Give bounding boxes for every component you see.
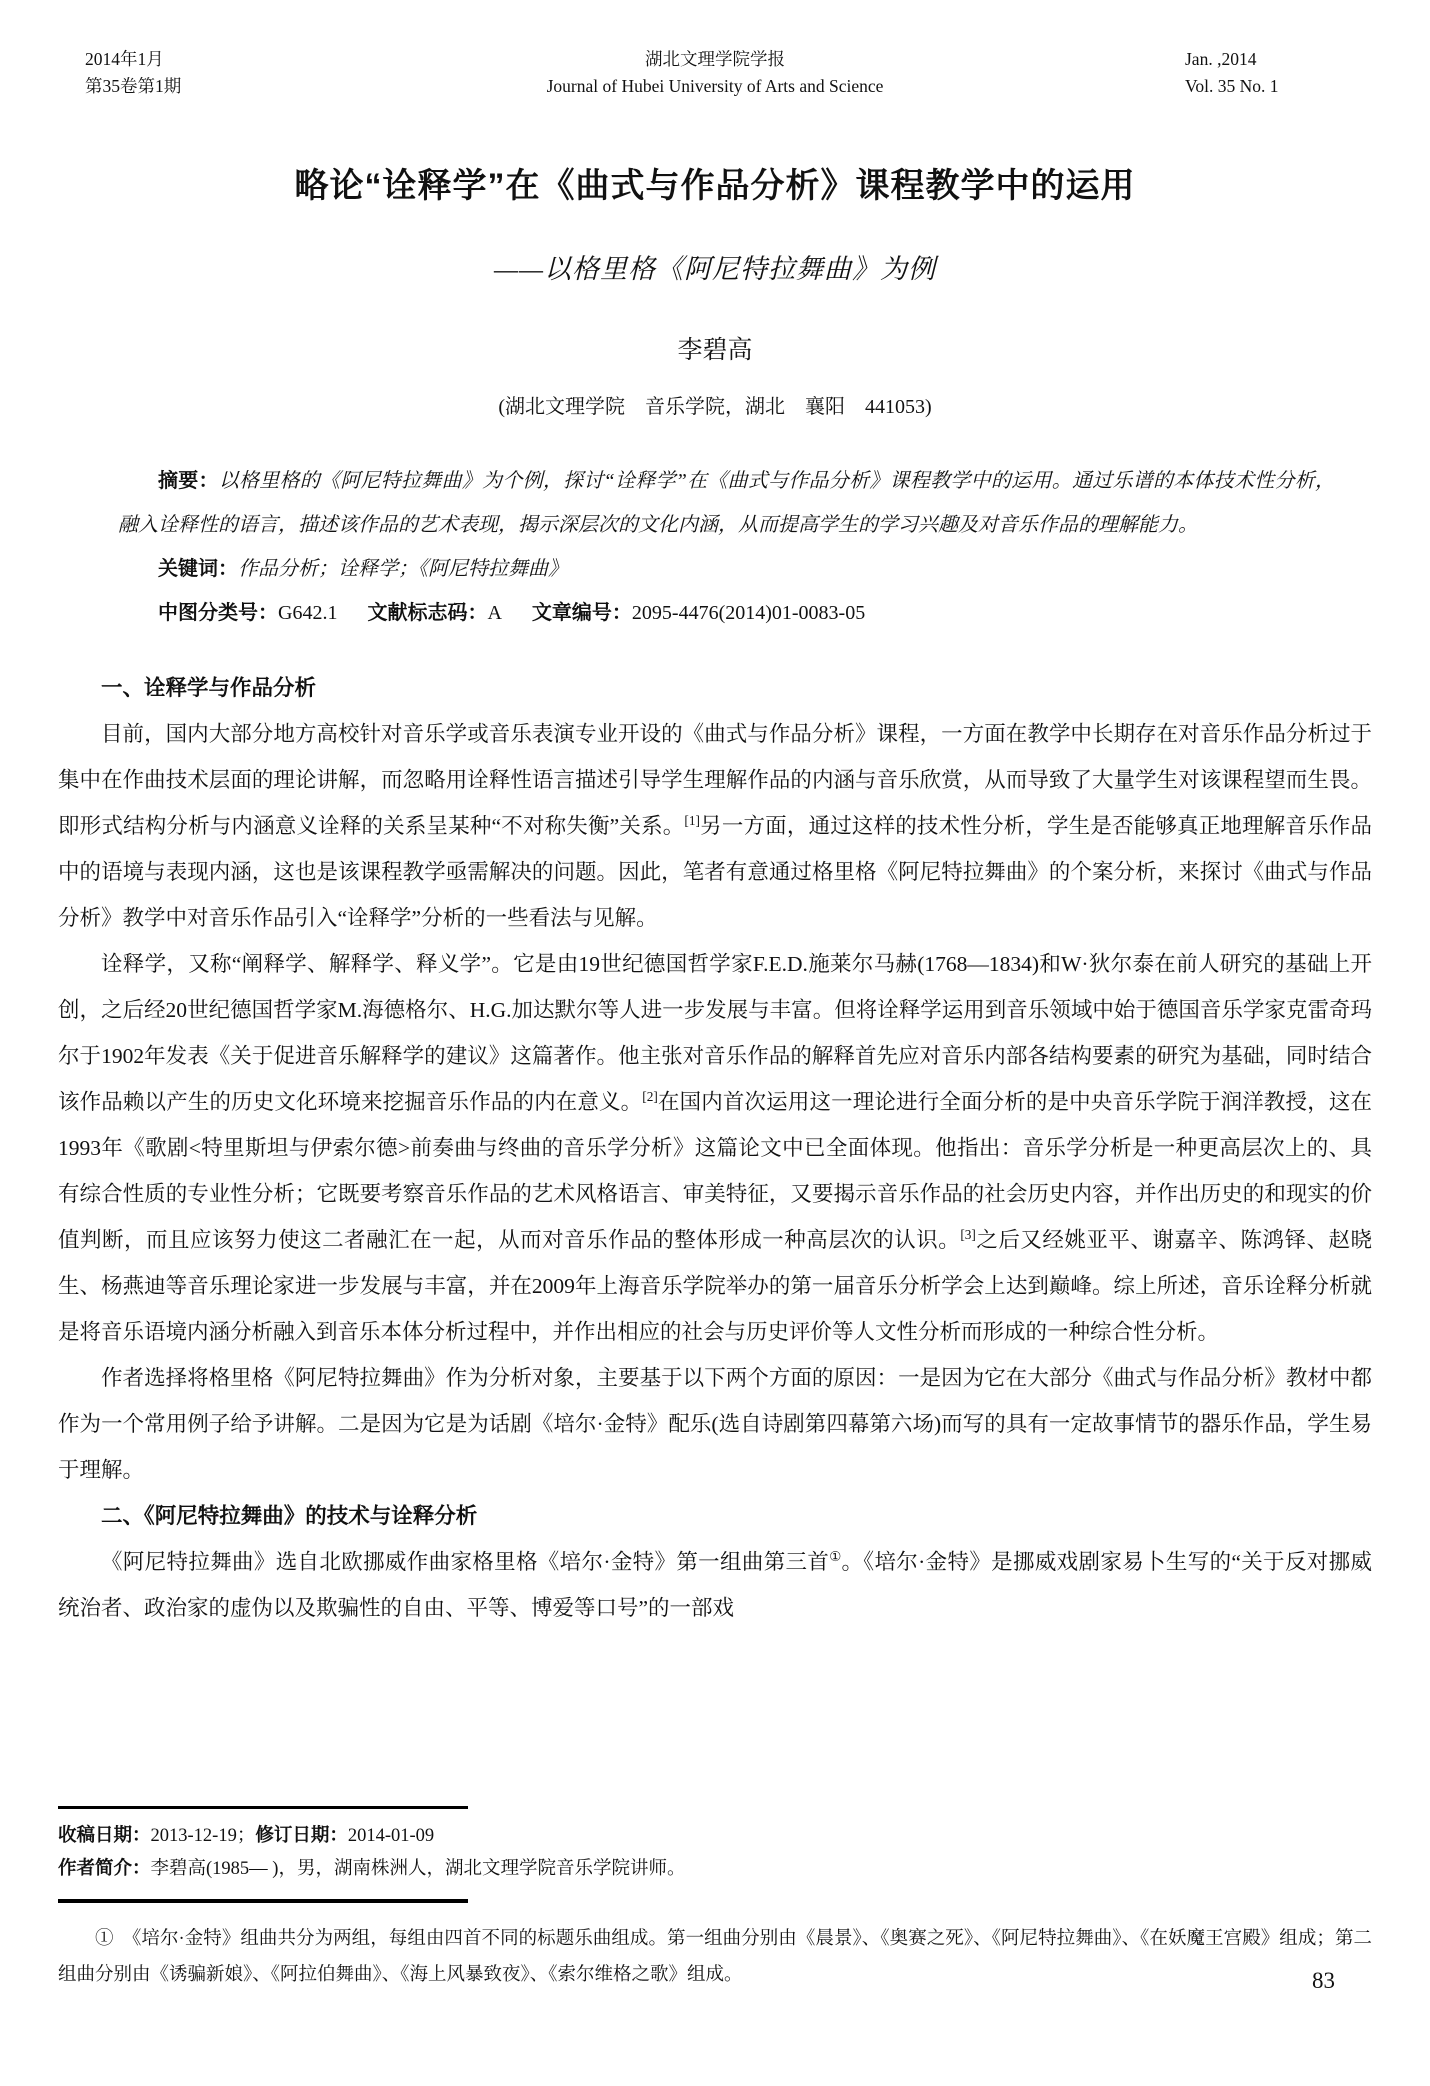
clc-label: 中图分类号： <box>158 602 278 624</box>
journal-header: 2014年1月 第35卷第1期 湖北文理学院学报 Journal of Hube… <box>0 0 1430 100</box>
received-label: 收稿日期： <box>58 1824 151 1845</box>
body-paragraph: 《阿尼特拉舞曲》选自北欧挪威作曲家格里格《培尔·金特》第一组曲第三首①。《培尔·… <box>58 1539 1372 1631</box>
body-paragraph: 诠释学，又称“阐释学、解释学、释义学”。它是由19世纪德国哲学家F.E.D.施莱… <box>58 941 1372 1355</box>
citation-superscript: [1] <box>684 813 700 828</box>
journal-page: 2014年1月 第35卷第1期 湖北文理学院学报 Journal of Hube… <box>0 0 1430 2086</box>
article-id-value: 2095-4476(2014)01-0083-05 <box>632 602 865 624</box>
citation-superscript: [3] <box>960 1227 976 1242</box>
keywords-line: 关键词：作品分析；诠释学；《阿尼特拉舞曲》 <box>118 547 1335 591</box>
article-title: 略论“诠释学”在《曲式与作品分析》课程教学中的运用 <box>0 158 1430 207</box>
header-issue-info: 2014年1月 第35卷第1期 <box>85 46 335 100</box>
journal-name-cn: 湖北文理学院学报 <box>335 46 1095 73</box>
header-volume-en: Vol. 35 No. 1 <box>1185 73 1345 100</box>
footnote: ① 《培尔·金特》组曲共分为两组，每组由四首不同的标题乐曲组成。第一组曲分别由《… <box>58 1921 1372 1993</box>
footnote-marker: ① <box>95 1929 114 1949</box>
header-date-en: Jan. ,2014 <box>1185 46 1345 73</box>
abstract-label: 摘要： <box>158 470 219 492</box>
section-heading: 一、诠释学与作品分析 <box>58 665 1372 711</box>
author-bio-line: 作者简介：李碧高(1985— )，男，湖南株洲人，湖北文理学院音乐学院讲师。 <box>58 1852 1372 1885</box>
page-number: 83 <box>1312 1968 1335 1994</box>
clc-value: G642.1 <box>278 602 337 624</box>
author-name: 李碧高 <box>0 330 1430 366</box>
doc-code-value: A <box>487 602 501 624</box>
revised-label: 修订日期： <box>255 1824 348 1845</box>
header-issue-info-en: Jan. ,2014 Vol. 35 No. 1 <box>1095 46 1345 100</box>
doc-code-label: 文献标志码： <box>367 602 487 624</box>
revised-value: 2014-01-09 <box>348 1826 434 1846</box>
footer-rule-top <box>58 1806 468 1809</box>
keywords-text: 作品分析；诠释学；《阿尼特拉舞曲》 <box>238 558 568 580</box>
citation-superscript: [2] <box>642 1089 658 1104</box>
article-subtitle: ——以格里格《阿尼特拉舞曲》为例 <box>0 247 1430 286</box>
section-heading: 二、《阿尼特拉舞曲》的技术与诠释分析 <box>58 1493 1372 1539</box>
article-body: 一、诠释学与作品分析目前，国内大部分地方高校针对音乐学或音乐表演专业开设的《曲式… <box>58 665 1372 1631</box>
body-paragraph: 目前，国内大部分地方高校针对音乐学或音乐表演专业开设的《曲式与作品分析》课程，一… <box>58 711 1372 941</box>
author-affiliation: (湖北文理学院 音乐学院，湖北 襄阳 441053) <box>0 390 1430 419</box>
body-paragraph: 作者选择将格里格《阿尼特拉舞曲》作为分析对象，主要基于以下两个方面的原因：一是因… <box>58 1355 1372 1493</box>
header-volume-cn: 第35卷第1期 <box>85 73 335 100</box>
keywords-label: 关键词： <box>158 558 238 580</box>
received-value: 2013-12-19； <box>151 1826 256 1846</box>
page-footer: 收稿日期：2013-12-19；修订日期：2014-01-09 作者简介：李碧高… <box>58 1806 1372 1993</box>
bio-value: 李碧高(1985— )，男，湖南株洲人，湖北文理学院音乐学院讲师。 <box>151 1859 686 1879</box>
classification-line: 中图分类号：G642.1文献标志码：A文章编号：2095-4476(2014)0… <box>118 591 1335 635</box>
footnote-text: 《培尔·金特》组曲共分为两组，每组由四首不同的标题乐曲组成。第一组曲分别由《晨景… <box>58 1929 1372 1985</box>
received-date-line: 收稿日期：2013-12-19；修订日期：2014-01-09 <box>58 1819 1372 1852</box>
header-date-cn: 2014年1月 <box>85 46 335 73</box>
abstract-text: 以格里格的《阿尼特拉舞曲》为个例，探讨“诠释学”在《曲式与作品分析》课程教学中的… <box>118 470 1335 536</box>
journal-name-en: Journal of Hubei University of Arts and … <box>335 73 1095 100</box>
footer-rule-bottom <box>58 1899 468 1903</box>
citation-superscript: ① <box>829 1549 841 1564</box>
abstract-paragraph: 摘要：以格里格的《阿尼特拉舞曲》为个例，探讨“诠释学”在《曲式与作品分析》课程教… <box>118 459 1335 547</box>
bio-label: 作者简介： <box>58 1857 151 1878</box>
article-id-label: 文章编号： <box>532 602 632 624</box>
header-journal-name: 湖北文理学院学报 Journal of Hubei University of … <box>335 46 1095 100</box>
abstract-block: 摘要：以格里格的《阿尼特拉舞曲》为个例，探讨“诠释学”在《曲式与作品分析》课程教… <box>118 459 1335 635</box>
